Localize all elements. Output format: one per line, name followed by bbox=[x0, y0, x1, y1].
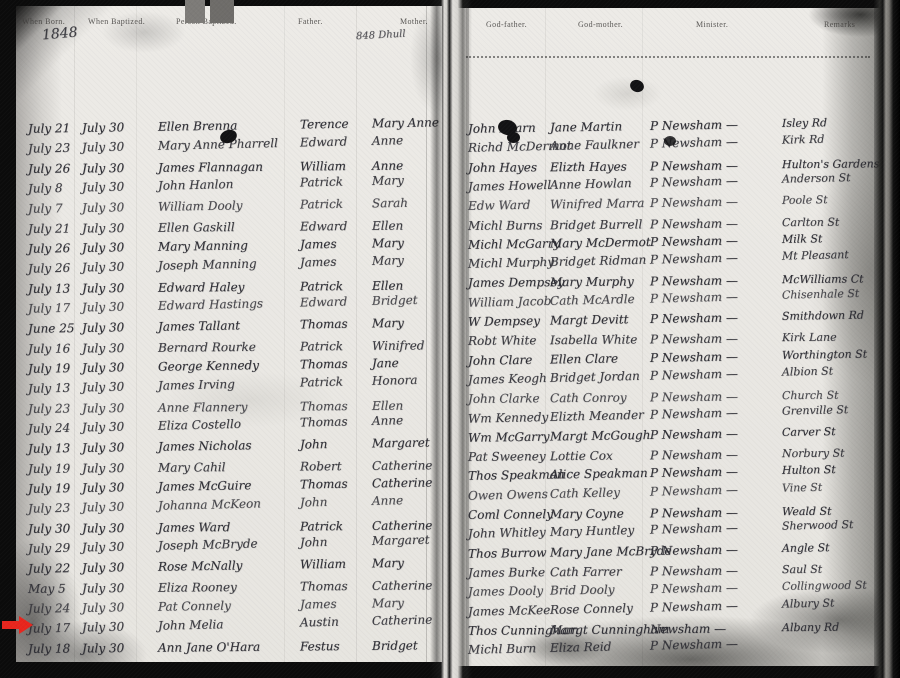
remarks-cell: Weald St bbox=[782, 505, 832, 518]
mother-name-cell: Catherine bbox=[372, 475, 433, 490]
born-date-cell: July 19 bbox=[28, 481, 70, 496]
born-date-cell: July 17 bbox=[28, 621, 71, 636]
mother-name-cell: Sarah bbox=[372, 196, 408, 211]
person-name-cell: James McGuire bbox=[158, 478, 252, 493]
remarks-cell: Albury St bbox=[782, 596, 835, 610]
godmother-cell: Bridget Jordan bbox=[550, 369, 640, 385]
minister-cell: P Newsham — bbox=[650, 542, 738, 557]
godfather-cell: Wm Kennedy bbox=[468, 409, 549, 425]
year-annotation: 1848 bbox=[41, 24, 78, 43]
ink-blot bbox=[664, 136, 676, 146]
baptized-date-cell: July 30 bbox=[82, 180, 125, 195]
person-name-cell: James Ward bbox=[158, 520, 230, 535]
born-date-cell: July 29 bbox=[28, 541, 71, 556]
person-name-cell: Eliza Costello bbox=[158, 417, 241, 433]
born-date-cell: May 5 bbox=[28, 582, 66, 596]
remarks-cell: Kirk Lane bbox=[782, 331, 837, 344]
mother-name-cell: Mary bbox=[372, 173, 404, 188]
person-name-cell: Pat Connely bbox=[158, 599, 231, 614]
father-name-cell: James bbox=[300, 597, 337, 612]
godmother-cell: Jane Martin bbox=[550, 119, 622, 134]
remarks-cell: Milk St bbox=[782, 232, 823, 246]
remarks-cell: Church St bbox=[782, 389, 839, 402]
baptized-date-cell: July 30 bbox=[82, 341, 124, 355]
minister-cell: P Newsham — bbox=[650, 465, 738, 480]
mother-name-cell: Jane bbox=[372, 356, 399, 370]
remarks-cell: Kirk Rd bbox=[782, 133, 825, 147]
father-name-cell: Thomas bbox=[300, 414, 348, 429]
godfather-cell: James Burke bbox=[468, 565, 545, 580]
minister-cell: P Newsham — bbox=[650, 251, 738, 267]
baptized-date-cell: July 30 bbox=[82, 140, 125, 155]
remarks-cell: Norbury St bbox=[782, 447, 845, 461]
minister-cell: P Newsham — bbox=[650, 195, 738, 210]
godmother-cell: Mary Coyne bbox=[550, 507, 624, 522]
mother-name-cell: Catherine bbox=[372, 458, 433, 473]
mother-name-cell: Anne bbox=[372, 413, 404, 428]
baptized-date-cell: July 30 bbox=[82, 281, 124, 295]
minister-cell: P Newsham — bbox=[650, 332, 738, 347]
header-godmother: God-mother. bbox=[578, 20, 623, 29]
father-name-cell: Terence bbox=[300, 117, 349, 132]
scanned-register-spread: When Born. When Baptized. Person Baptize… bbox=[0, 0, 900, 678]
godmother-cell: Brid Dooly bbox=[550, 583, 615, 598]
born-date-cell: July 24 bbox=[28, 601, 70, 616]
godmother-cell: Bridget Ridman bbox=[550, 253, 647, 269]
mother-name-cell: Honora bbox=[372, 373, 418, 388]
father-name-cell: William bbox=[300, 557, 346, 572]
person-name-cell: Mary Anne Pharrell bbox=[158, 136, 278, 153]
godmother-cell: Margt McGough bbox=[550, 428, 651, 444]
godmother-cell: Margt Devitt bbox=[550, 312, 629, 327]
mother-name-cell: Mary bbox=[372, 556, 404, 571]
baptized-date-cell: July 30 bbox=[82, 540, 125, 555]
godmother-cell: Mary McDermot bbox=[550, 235, 651, 251]
godmother-cell: Isabella White bbox=[550, 333, 637, 348]
page-fragment bbox=[210, 0, 234, 23]
godfather-cell: Owen Owens bbox=[468, 487, 548, 503]
minister-cell: P Newsham — bbox=[650, 158, 738, 173]
father-name-cell: Patrick bbox=[300, 375, 343, 390]
godmother-cell: Anne Howlan bbox=[550, 176, 632, 192]
remarks-cell: Hulton St bbox=[782, 463, 836, 477]
person-name-cell: Rose McNally bbox=[158, 558, 243, 573]
minister-cell: P Newsham — bbox=[650, 426, 738, 441]
minister-cell: P Newsham — bbox=[650, 598, 738, 614]
baptized-date-cell: July 30 bbox=[82, 620, 125, 635]
person-name-cell: Johanna McKeon bbox=[158, 496, 261, 512]
father-name-cell: Edward bbox=[300, 294, 348, 309]
person-name-cell: Ann Jane O'Hara bbox=[158, 640, 260, 655]
mother-name-cell: Anne bbox=[372, 133, 404, 148]
person-name-cell: James Nicholas bbox=[158, 438, 252, 453]
person-name-cell: Anne Flannery bbox=[158, 400, 248, 415]
godfather-cell: Robt White bbox=[468, 334, 537, 349]
ink-blot bbox=[628, 78, 645, 94]
born-date-cell: July 23 bbox=[28, 501, 71, 516]
godmother-cell: Ellen Clare bbox=[550, 351, 618, 366]
mother-name-cell: Mary bbox=[372, 316, 404, 331]
godmother-cell: Cath Kelley bbox=[550, 485, 620, 501]
remarks-cell: Sherwood St bbox=[782, 518, 854, 533]
mother-name-cell: Mary Anne bbox=[372, 115, 439, 130]
header-mother: Mother. bbox=[400, 17, 428, 26]
minister-cell: P Newsham — bbox=[650, 349, 738, 364]
baptized-date-cell: July 30 bbox=[82, 581, 124, 595]
remarks-cell: McWilliams Ct bbox=[782, 273, 864, 287]
baptized-date-cell: July 30 bbox=[82, 240, 124, 255]
minister-cell: Newsham — bbox=[650, 621, 726, 636]
born-date-cell: July 13 bbox=[28, 282, 70, 296]
godmother-cell: Lottie Cox bbox=[550, 449, 613, 464]
born-date-cell: July 22 bbox=[28, 561, 70, 576]
father-name-cell: Thomas bbox=[300, 357, 348, 372]
book-gutter bbox=[430, 0, 472, 678]
remarks-cell: Poole St bbox=[782, 193, 828, 207]
register-row: July 13July 30James NicholasJohnMargaret bbox=[16, 435, 442, 460]
baptized-date-cell: July 30 bbox=[82, 161, 124, 175]
mother-name-cell: Bridget bbox=[372, 293, 418, 308]
remarks-cell: Hulton's Gardens bbox=[782, 157, 879, 171]
mother-name-cell: Bridget bbox=[372, 638, 418, 652]
godmother-cell: Winifred Marra bbox=[550, 196, 645, 211]
baptized-date-cell: July 30 bbox=[82, 380, 125, 395]
baptized-date-cell: July 30 bbox=[82, 440, 124, 455]
register-row: Thos BurrowMary Jane McBrydeP Newsham —A… bbox=[458, 540, 882, 565]
godmother-cell: Cath Conroy bbox=[550, 391, 627, 406]
born-date-cell: July 13 bbox=[28, 381, 71, 396]
header-father: Father. bbox=[298, 17, 323, 26]
born-date-cell: June 25 bbox=[28, 321, 75, 336]
born-date-cell: July 18 bbox=[28, 642, 70, 656]
baptized-date-cell: July 30 bbox=[82, 320, 124, 335]
person-name-cell: James Irving bbox=[158, 377, 235, 393]
godmother-cell: Elizth Hayes bbox=[550, 159, 627, 174]
minister-cell: P Newsham — bbox=[650, 135, 738, 151]
mother-name-cell: Anne bbox=[372, 493, 404, 508]
born-date-cell: July 13 bbox=[28, 441, 70, 456]
godfather-cell: Edw Ward bbox=[468, 198, 531, 213]
born-date-cell: July 19 bbox=[28, 462, 70, 476]
baptized-date-cell: July 30 bbox=[82, 461, 124, 475]
header-minister: Minister. bbox=[696, 20, 728, 29]
remarks-cell: Saul St bbox=[782, 563, 822, 576]
header-godfather: God-father. bbox=[486, 20, 527, 29]
father-name-cell: Thomas bbox=[300, 579, 348, 593]
minister-cell: P Newsham — bbox=[650, 521, 738, 537]
person-name-cell: Edward Haley bbox=[158, 280, 245, 295]
godfather-cell: James Dooly bbox=[468, 584, 543, 599]
minister-cell: P Newsham — bbox=[650, 274, 738, 289]
minister-cell: P Newsham — bbox=[650, 506, 738, 521]
remarks-cell: Angle St bbox=[782, 541, 830, 555]
remarks-cell: Isley Rd bbox=[782, 116, 827, 130]
godfather-cell: William Jacob bbox=[468, 294, 552, 310]
baptized-date-cell: July 30 bbox=[82, 641, 124, 655]
born-date-cell: July 26 bbox=[28, 261, 71, 276]
baptized-date-cell: July 30 bbox=[82, 560, 124, 575]
mother-name-cell: Catherine bbox=[372, 578, 433, 593]
godfather-cell: W Dempsey bbox=[468, 314, 540, 329]
person-name-cell: Ellen Gaskill bbox=[158, 220, 235, 235]
minister-cell: P Newsham — bbox=[650, 174, 738, 190]
remarks-cell: Vine St bbox=[782, 480, 823, 494]
red-arrow-marker bbox=[2, 616, 34, 634]
header-rule bbox=[466, 56, 870, 58]
minister-cell: P Newsham — bbox=[650, 289, 738, 305]
mother-name-cell: Ellen bbox=[372, 399, 403, 413]
minister-cell: P Newsham — bbox=[650, 390, 738, 405]
person-name-cell: Eliza Rooney bbox=[158, 580, 237, 595]
baptized-date-cell: July 30 bbox=[82, 300, 125, 315]
born-date-cell: July 21 bbox=[28, 222, 70, 236]
godfather-cell: John Whitley bbox=[468, 525, 546, 541]
godfather-cell: Michl McGarry bbox=[468, 236, 560, 251]
register-row: June 25July 30James TallantThomasMary bbox=[16, 315, 442, 340]
remarks-cell: Grenville St bbox=[782, 403, 849, 418]
torn-page-edge bbox=[874, 0, 900, 678]
godfather-cell: John Clarke bbox=[468, 391, 540, 406]
born-date-cell: July 23 bbox=[28, 402, 70, 416]
father-name-cell: John bbox=[300, 535, 328, 550]
father-name-cell: John bbox=[300, 495, 328, 510]
mother-name-cell: Mary bbox=[372, 236, 404, 251]
born-date-cell: July 23 bbox=[28, 141, 71, 156]
born-date-cell: July 16 bbox=[28, 342, 70, 356]
baptized-date-cell: July 30 bbox=[82, 600, 124, 615]
person-name-cell: James Flannagan bbox=[158, 160, 263, 175]
father-name-cell: Edward bbox=[300, 134, 348, 149]
person-name-cell: Mary Manning bbox=[158, 238, 248, 253]
page-fragment bbox=[185, 0, 205, 23]
father-name-cell: Patrick bbox=[300, 279, 343, 293]
baptized-date-cell: July 30 bbox=[82, 360, 124, 375]
godmother-cell: Mary Huntley bbox=[550, 523, 635, 539]
baptized-date-cell: July 30 bbox=[82, 500, 125, 515]
born-date-cell: July 17 bbox=[28, 301, 71, 316]
mother-name-cell: Ellen bbox=[372, 279, 403, 293]
baptized-date-cell: July 30 bbox=[82, 420, 125, 435]
father-name-cell: William bbox=[300, 159, 346, 173]
godmother-cell: Alice Speakman bbox=[550, 466, 648, 482]
father-name-cell: Thomas bbox=[300, 317, 348, 332]
godfather-cell: John Hayes bbox=[468, 160, 537, 175]
father-name-cell: James bbox=[300, 255, 337, 270]
mother-name-cell: Anne bbox=[372, 159, 403, 173]
register-page-right: God-father. God-mother. Minister. Remark… bbox=[458, 8, 882, 666]
godmother-cell: Cath McArdle bbox=[550, 292, 635, 308]
born-date-cell: July 30 bbox=[28, 522, 70, 536]
minister-cell: P Newsham — bbox=[650, 448, 738, 463]
header-remarks: Remarks bbox=[824, 20, 855, 29]
mother-name-cell: Winifred bbox=[372, 338, 425, 352]
person-name-cell: George Kennedy bbox=[158, 358, 259, 374]
godfather-cell: Michl Burn bbox=[468, 641, 537, 657]
godfather-cell: Pat Sweeney bbox=[468, 449, 546, 464]
mother-name-cell: Mary bbox=[372, 253, 404, 268]
godfather-cell: Michl Burns bbox=[468, 218, 543, 233]
born-date-cell: July 24 bbox=[28, 421, 71, 436]
person-name-cell: Mary Cahil bbox=[158, 460, 226, 475]
godmother-cell: Rose Connely bbox=[550, 601, 633, 617]
remarks-cell: Worthington St bbox=[782, 347, 867, 361]
godfather-cell: James Keogh bbox=[468, 371, 547, 387]
minister-cell: P Newsham — bbox=[650, 581, 738, 596]
baptized-date-cell: July 30 bbox=[82, 521, 124, 535]
remarks-cell: Carlton St bbox=[782, 215, 839, 228]
baptized-date-cell: July 30 bbox=[82, 401, 124, 415]
minister-cell: P Newsham — bbox=[650, 563, 738, 578]
godfather-cell: Michl Murphy bbox=[468, 255, 554, 271]
father-name-cell: Festus bbox=[300, 639, 340, 653]
register-page-left: When Born. When Baptized. Person Baptize… bbox=[16, 6, 442, 662]
baptized-date-cell: July 30 bbox=[82, 200, 124, 215]
minister-cell: P Newsham — bbox=[650, 118, 738, 133]
born-date-cell: July 19 bbox=[28, 361, 70, 376]
register-row: July 7July 30William DoolyPatrickSarah bbox=[16, 195, 442, 220]
person-name-cell: Joseph Manning bbox=[158, 257, 257, 273]
mother-name-cell: Margaret bbox=[372, 533, 430, 548]
header-when-born: When Born. bbox=[22, 17, 65, 26]
remarks-cell: Albion St bbox=[782, 364, 833, 378]
minister-cell: P Newsham — bbox=[650, 311, 738, 326]
father-name-cell: Patrick bbox=[300, 175, 343, 190]
father-name-cell: Thomas bbox=[300, 477, 348, 492]
born-date-cell: July 7 bbox=[28, 201, 63, 216]
mother-name-cell: Catherine bbox=[372, 518, 433, 533]
godfather-cell: Coml Connely bbox=[468, 507, 553, 522]
remarks-cell: Anderson St bbox=[782, 171, 851, 186]
person-name-cell: Joseph McBryde bbox=[158, 537, 258, 553]
baptized-date-cell: July 30 bbox=[82, 480, 124, 495]
remarks-cell: Chisenhale St bbox=[782, 287, 860, 302]
remarks-cell: Smithdown Rd bbox=[782, 309, 864, 323]
minister-cell: P Newsham — bbox=[650, 216, 738, 231]
father-name-cell: Patrick bbox=[300, 519, 343, 533]
mother-name-cell: Ellen bbox=[372, 219, 403, 233]
remarks-cell: Mt Pleasant bbox=[782, 248, 849, 263]
godmother-cell: Eliza Reid bbox=[550, 640, 612, 655]
person-name-cell: James Tallant bbox=[158, 318, 240, 333]
father-name-cell: Edward bbox=[300, 219, 347, 233]
born-date-cell: July 26 bbox=[28, 241, 70, 256]
minister-cell: P Newsham — bbox=[650, 367, 738, 383]
godfather-cell: Wm McGarry bbox=[468, 429, 550, 444]
minister-cell: P Newsham — bbox=[650, 233, 738, 248]
ink-blot bbox=[507, 132, 520, 143]
person-name-cell: Bernard Rourke bbox=[158, 340, 256, 355]
father-name-cell: John bbox=[300, 437, 328, 451]
godmother-cell: Anne Faulkner bbox=[550, 137, 639, 153]
godmother-cell: Cath Farrer bbox=[550, 564, 622, 579]
born-date-cell: July 8 bbox=[28, 181, 63, 196]
register-row: July 18July 30Ann Jane O'HaraFestusBridg… bbox=[16, 638, 442, 660]
godfather-cell: James McKee bbox=[468, 602, 551, 618]
godmother-cell: Bridget Burrell bbox=[550, 217, 642, 232]
baptized-date-cell: July 30 bbox=[82, 120, 124, 135]
minister-cell: P Newsham — bbox=[650, 482, 738, 498]
remarks-cell: Collingwood St bbox=[782, 579, 867, 593]
father-name-cell: Austin bbox=[300, 615, 339, 630]
register-row: July 22July 30Rose McNallyWilliamMary bbox=[16, 555, 442, 580]
godfather-cell: James Howell bbox=[468, 178, 551, 194]
father-name-cell: Patrick bbox=[300, 339, 343, 353]
person-name-cell: John Hanlon bbox=[158, 177, 234, 193]
person-name-cell: Edward Hastings bbox=[158, 296, 263, 312]
person-name-cell: John Melia bbox=[158, 617, 224, 632]
mother-name-cell: Catherine bbox=[372, 613, 433, 628]
born-date-cell: July 26 bbox=[28, 162, 70, 176]
born-date-cell: July 21 bbox=[28, 121, 70, 136]
godfather-cell: John Clare bbox=[468, 352, 533, 367]
baptized-date-cell: July 30 bbox=[82, 260, 125, 275]
godmother-cell: Elizth Meander bbox=[550, 407, 644, 423]
godfather-cell: Thos Burrow bbox=[468, 545, 547, 560]
father-name-cell: Thomas bbox=[300, 399, 348, 413]
remarks-cell: Carver St bbox=[782, 425, 836, 439]
minister-cell: P Newsham — bbox=[650, 637, 738, 653]
remarks-cell: Albany Rd bbox=[782, 620, 839, 633]
mother-name-cell: Mary bbox=[372, 596, 404, 611]
minister-cell: P Newsham — bbox=[650, 405, 738, 421]
person-name-cell: William Dooly bbox=[158, 198, 243, 213]
baptized-date-cell: July 30 bbox=[82, 221, 124, 235]
godmother-cell: Mary Murphy bbox=[550, 275, 634, 290]
father-name-cell: James bbox=[300, 237, 337, 252]
mother-name-cell: Margaret bbox=[372, 436, 430, 451]
father-name-cell: Patrick bbox=[300, 197, 343, 212]
father-name-cell: Robert bbox=[300, 459, 342, 473]
